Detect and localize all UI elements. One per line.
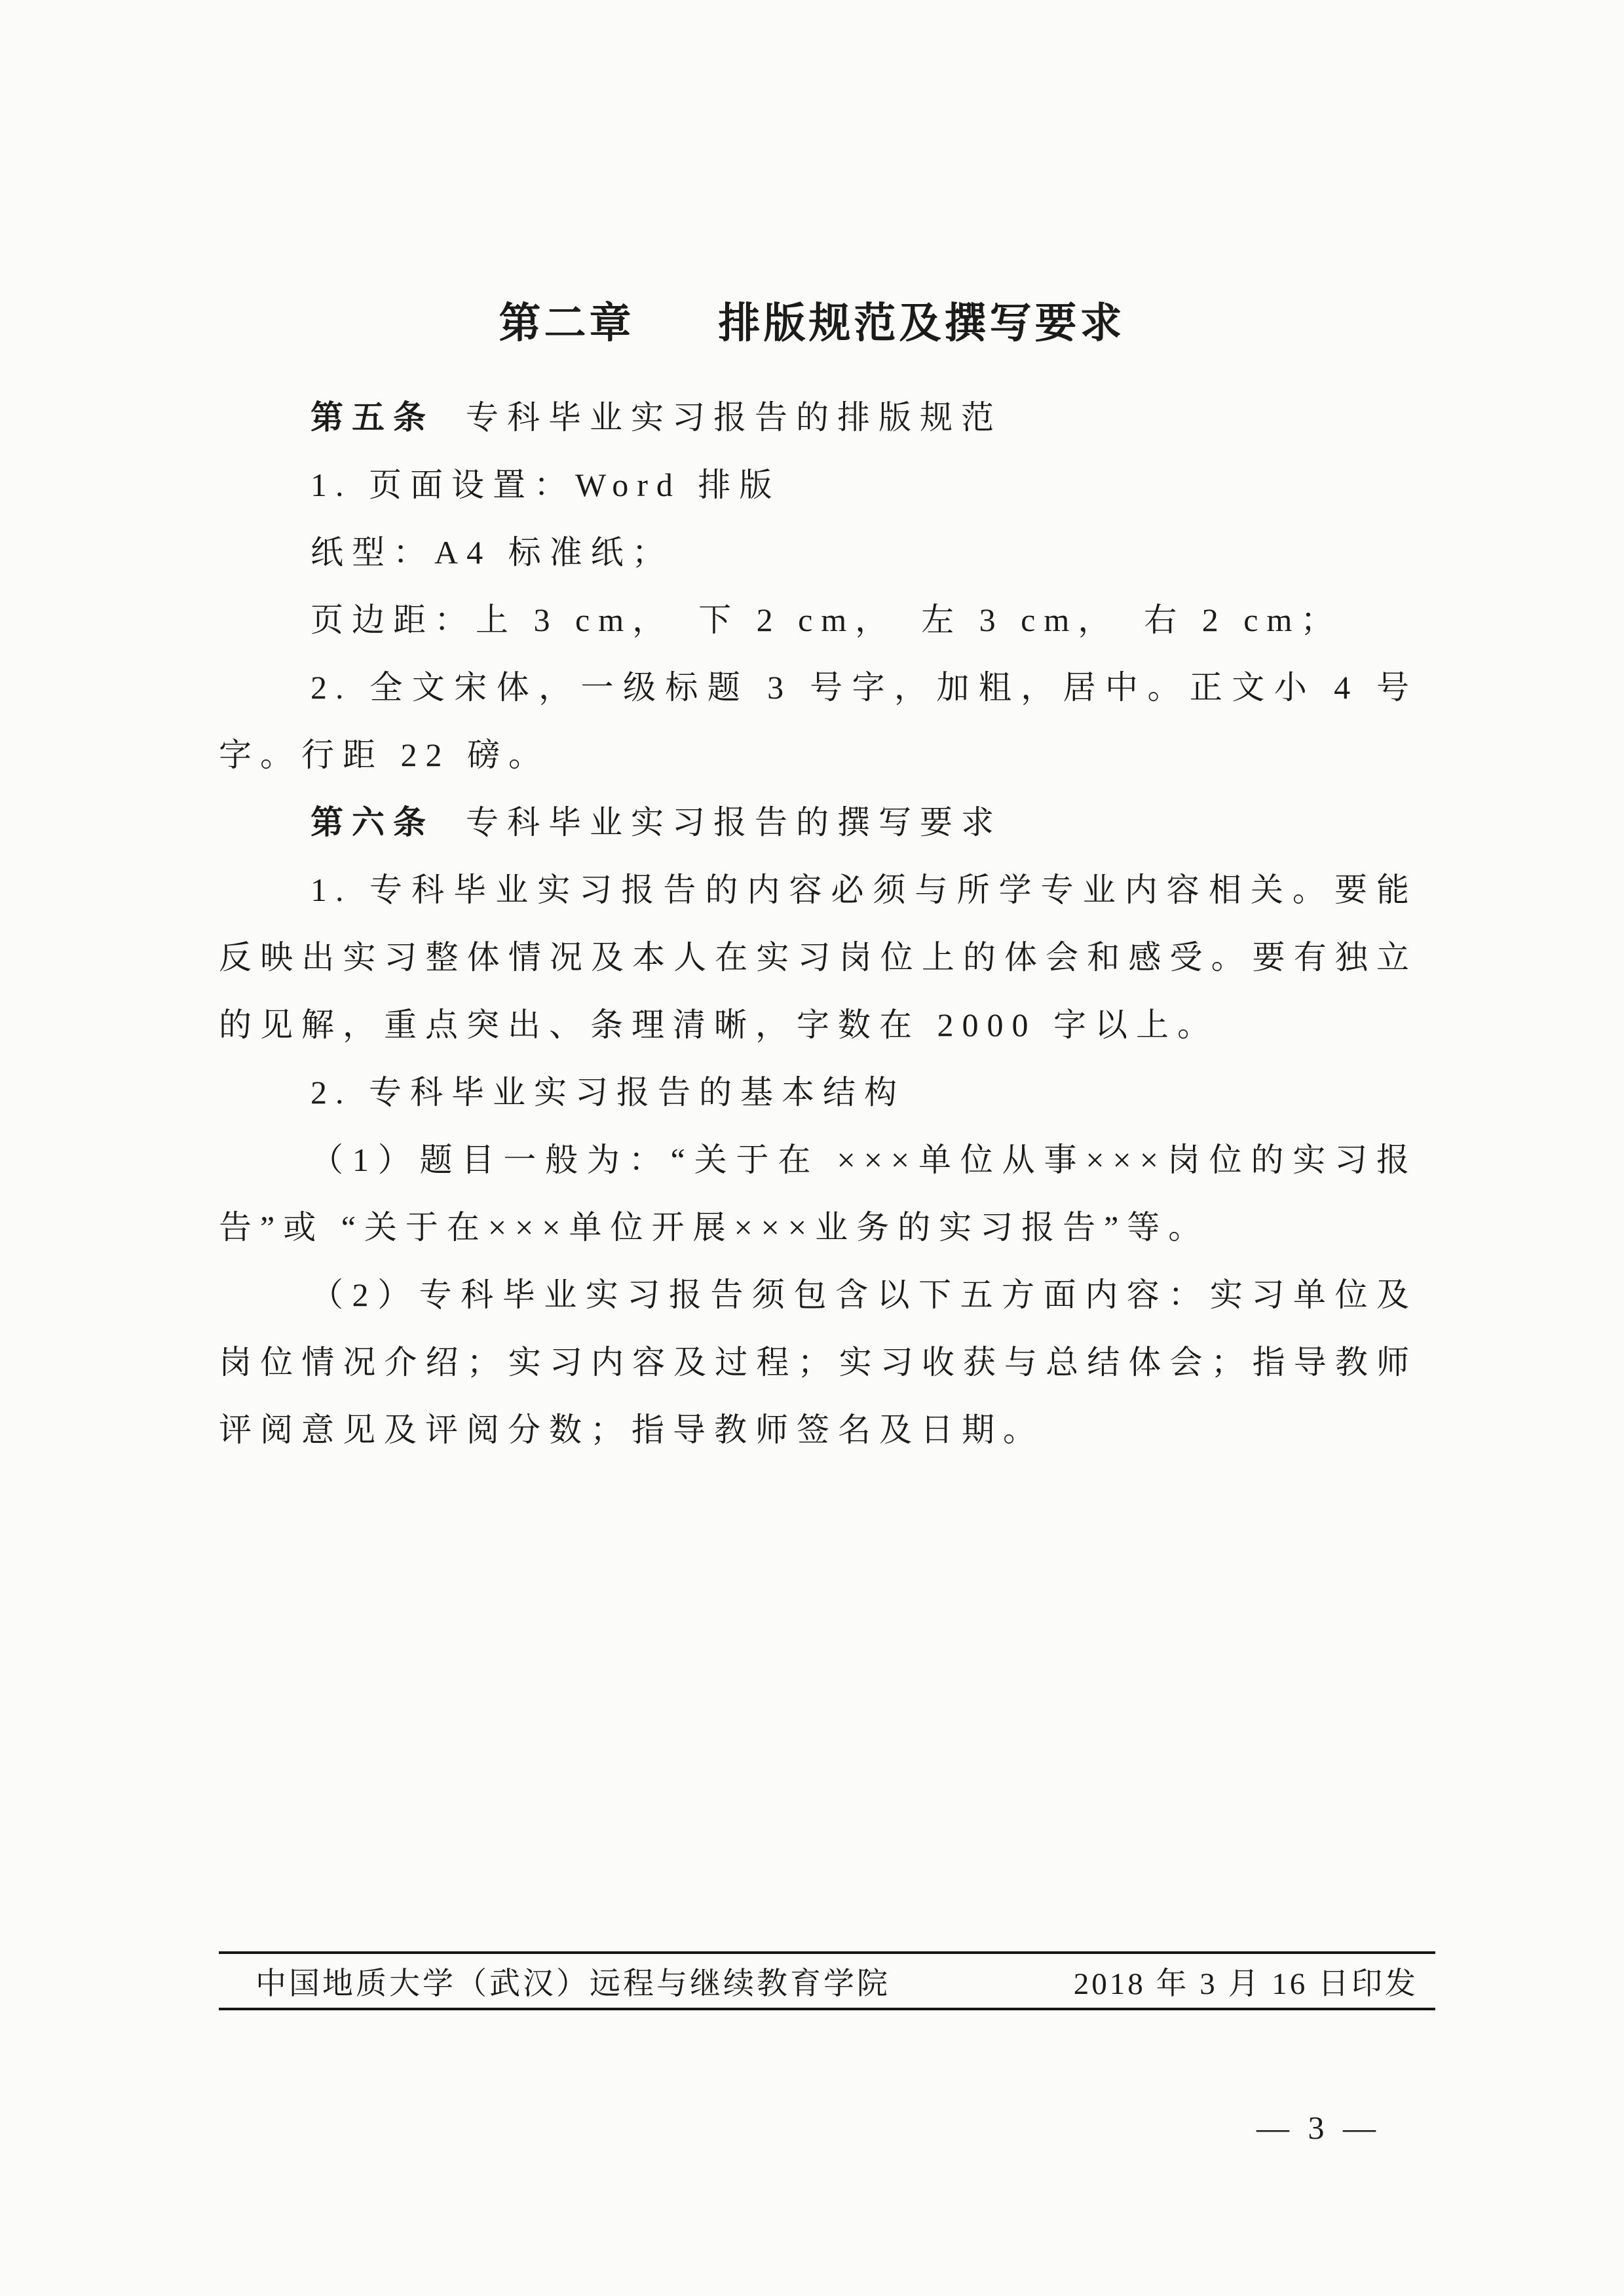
article5-label: 第五条: [311, 399, 434, 436]
article6-item-3: （1）题目一般为：“关于在 ×××单位从事×××岗位的实习报告”或 “关于在××…: [219, 1126, 1418, 1261]
page-number: — 3 —: [1230, 2109, 1407, 2147]
footer-rule-bottom: [219, 2008, 1435, 2010]
chapter-heading: 第二章排版规范及撰写要求: [0, 294, 1624, 354]
article6-item-1: 1. 专科毕业实习报告的内容必须与所学专业内容相关。要能反映出实习整体情况及本人…: [219, 856, 1418, 1059]
document-body: 第五条专科毕业实习报告的排版规范 1. 页面设置：Word 排版 纸型：A4 标…: [219, 384, 1418, 1464]
article5-heading-line: 第五条专科毕业实习报告的排版规范: [219, 384, 1418, 451]
article5-item-4: 2. 全文宋体，一级标题 3 号字，加粗，居中。正文小 4 号字。行距 22 磅…: [219, 654, 1418, 789]
article5-item-3: 页边距：上 3 cm， 下 2 cm， 左 3 cm， 右 2 cm；: [219, 586, 1418, 654]
chapter-title: 排版规范及撰写要求: [719, 300, 1125, 347]
article6-label: 第六条: [311, 804, 434, 841]
scanned-document-page: { "document": { "chapter": { "number": "…: [0, 0, 1624, 2296]
footer-issuer: 中国地质大学（武汉）远程与继续教育学院: [255, 1959, 890, 2003]
footer-row: 中国地质大学（武汉）远程与继续教育学院 2018 年 3 月 16 日印发: [219, 1954, 1435, 2008]
article5-item-2: 纸型：A4 标准纸；: [219, 519, 1418, 586]
article6-item-2: 2. 专科毕业实习报告的基本结构: [219, 1059, 1418, 1126]
article5-item-1: 1. 页面设置：Word 排版: [219, 451, 1418, 519]
article6-item-4: （2）专科毕业实习报告须包含以下五方面内容：实习单位及岗位情况介绍；实习内容及过…: [219, 1261, 1418, 1464]
article5-heading: 专科毕业实习报告的排版规范: [466, 399, 1002, 436]
chapter-number: 第二章: [499, 300, 635, 347]
article6-heading-line: 第六条专科毕业实习报告的撰写要求: [219, 789, 1418, 856]
article6-heading: 专科毕业实习报告的撰写要求: [466, 804, 1002, 841]
footer-print-date: 2018 年 3 月 16 日印发: [1074, 1959, 1418, 2003]
